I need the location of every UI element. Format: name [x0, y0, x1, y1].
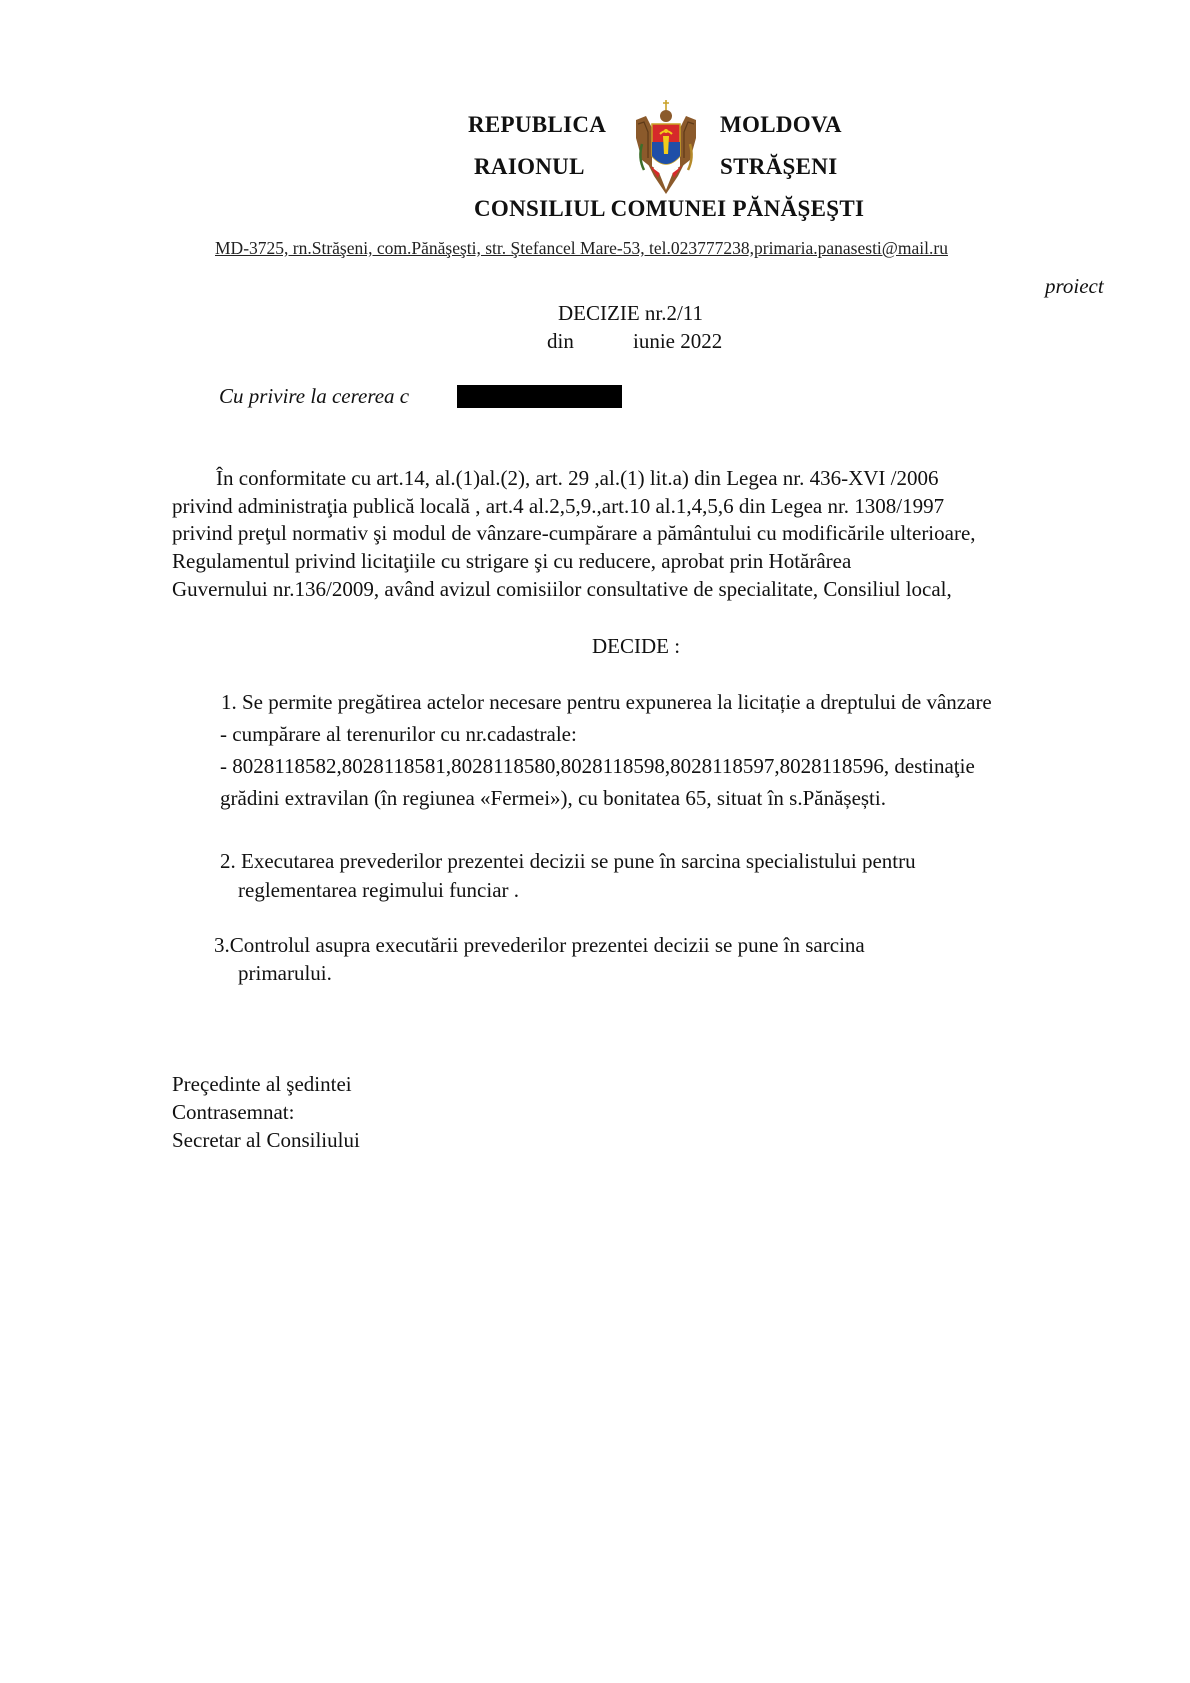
header-raionul: RAIONUL	[474, 154, 585, 180]
preamble-line: Guvernului nr.136/2009, având avizul com…	[172, 577, 952, 602]
preamble-line: privind administraţia publică locală , a…	[172, 494, 944, 519]
council-name: CONSILIUL COMUNEI PĂNĂŞEŞTI	[474, 196, 864, 222]
item-2-line: reglementarea regimului funciar .	[238, 878, 519, 903]
item-1-line: 1. Se permite pregătirea actelor necesar…	[221, 690, 992, 715]
item-1-line: - cumpărare al terenurilor cu nr.cadastr…	[220, 722, 577, 747]
council-address: MD-3725, rn.Străşeni, com.Pănăşeşti, str…	[215, 238, 948, 259]
header-moldova: MOLDOVA	[720, 112, 842, 138]
item-3-line: 3.Controlul asupra executării prevederil…	[214, 933, 865, 958]
decide-heading: DECIDE :	[592, 634, 680, 659]
signature-secretary: Secretar al Consiliului	[172, 1128, 360, 1153]
redaction-box	[457, 385, 622, 408]
header-straseni: STRĂŞENI	[720, 154, 837, 180]
signature-chair: Preçedinte al şedintei	[172, 1072, 352, 1097]
subject-line: Cu privire la cererea c	[219, 384, 409, 409]
signature-countersigned: Contrasemnat:	[172, 1100, 294, 1125]
draft-label: proiect	[1045, 274, 1104, 299]
decision-title: DECIZIE nr.2/11	[558, 301, 703, 326]
header-republica: REPUBLICA	[468, 112, 606, 138]
item-1-line: grădini extravilan (în regiunea «Fermei»…	[220, 786, 886, 811]
item-3-line: primarului.	[238, 961, 332, 986]
decision-date-prefix: din	[547, 329, 574, 354]
preamble-line: Regulamentul privind licitaţiile cu stri…	[172, 549, 851, 574]
item-2-line: 2. Executarea prevederilor prezentei dec…	[220, 849, 916, 874]
item-1-cadastral-line: - 8028118582,8028118581,8028118580,80281…	[220, 754, 975, 779]
moldova-coat-of-arms-icon	[630, 98, 702, 194]
decision-date: iunie 2022	[633, 329, 722, 354]
preamble-line: privind preţul normativ şi modul de vânz…	[172, 521, 976, 546]
preamble-line: În conformitate cu art.14, al.(1)al.(2),…	[216, 466, 939, 491]
